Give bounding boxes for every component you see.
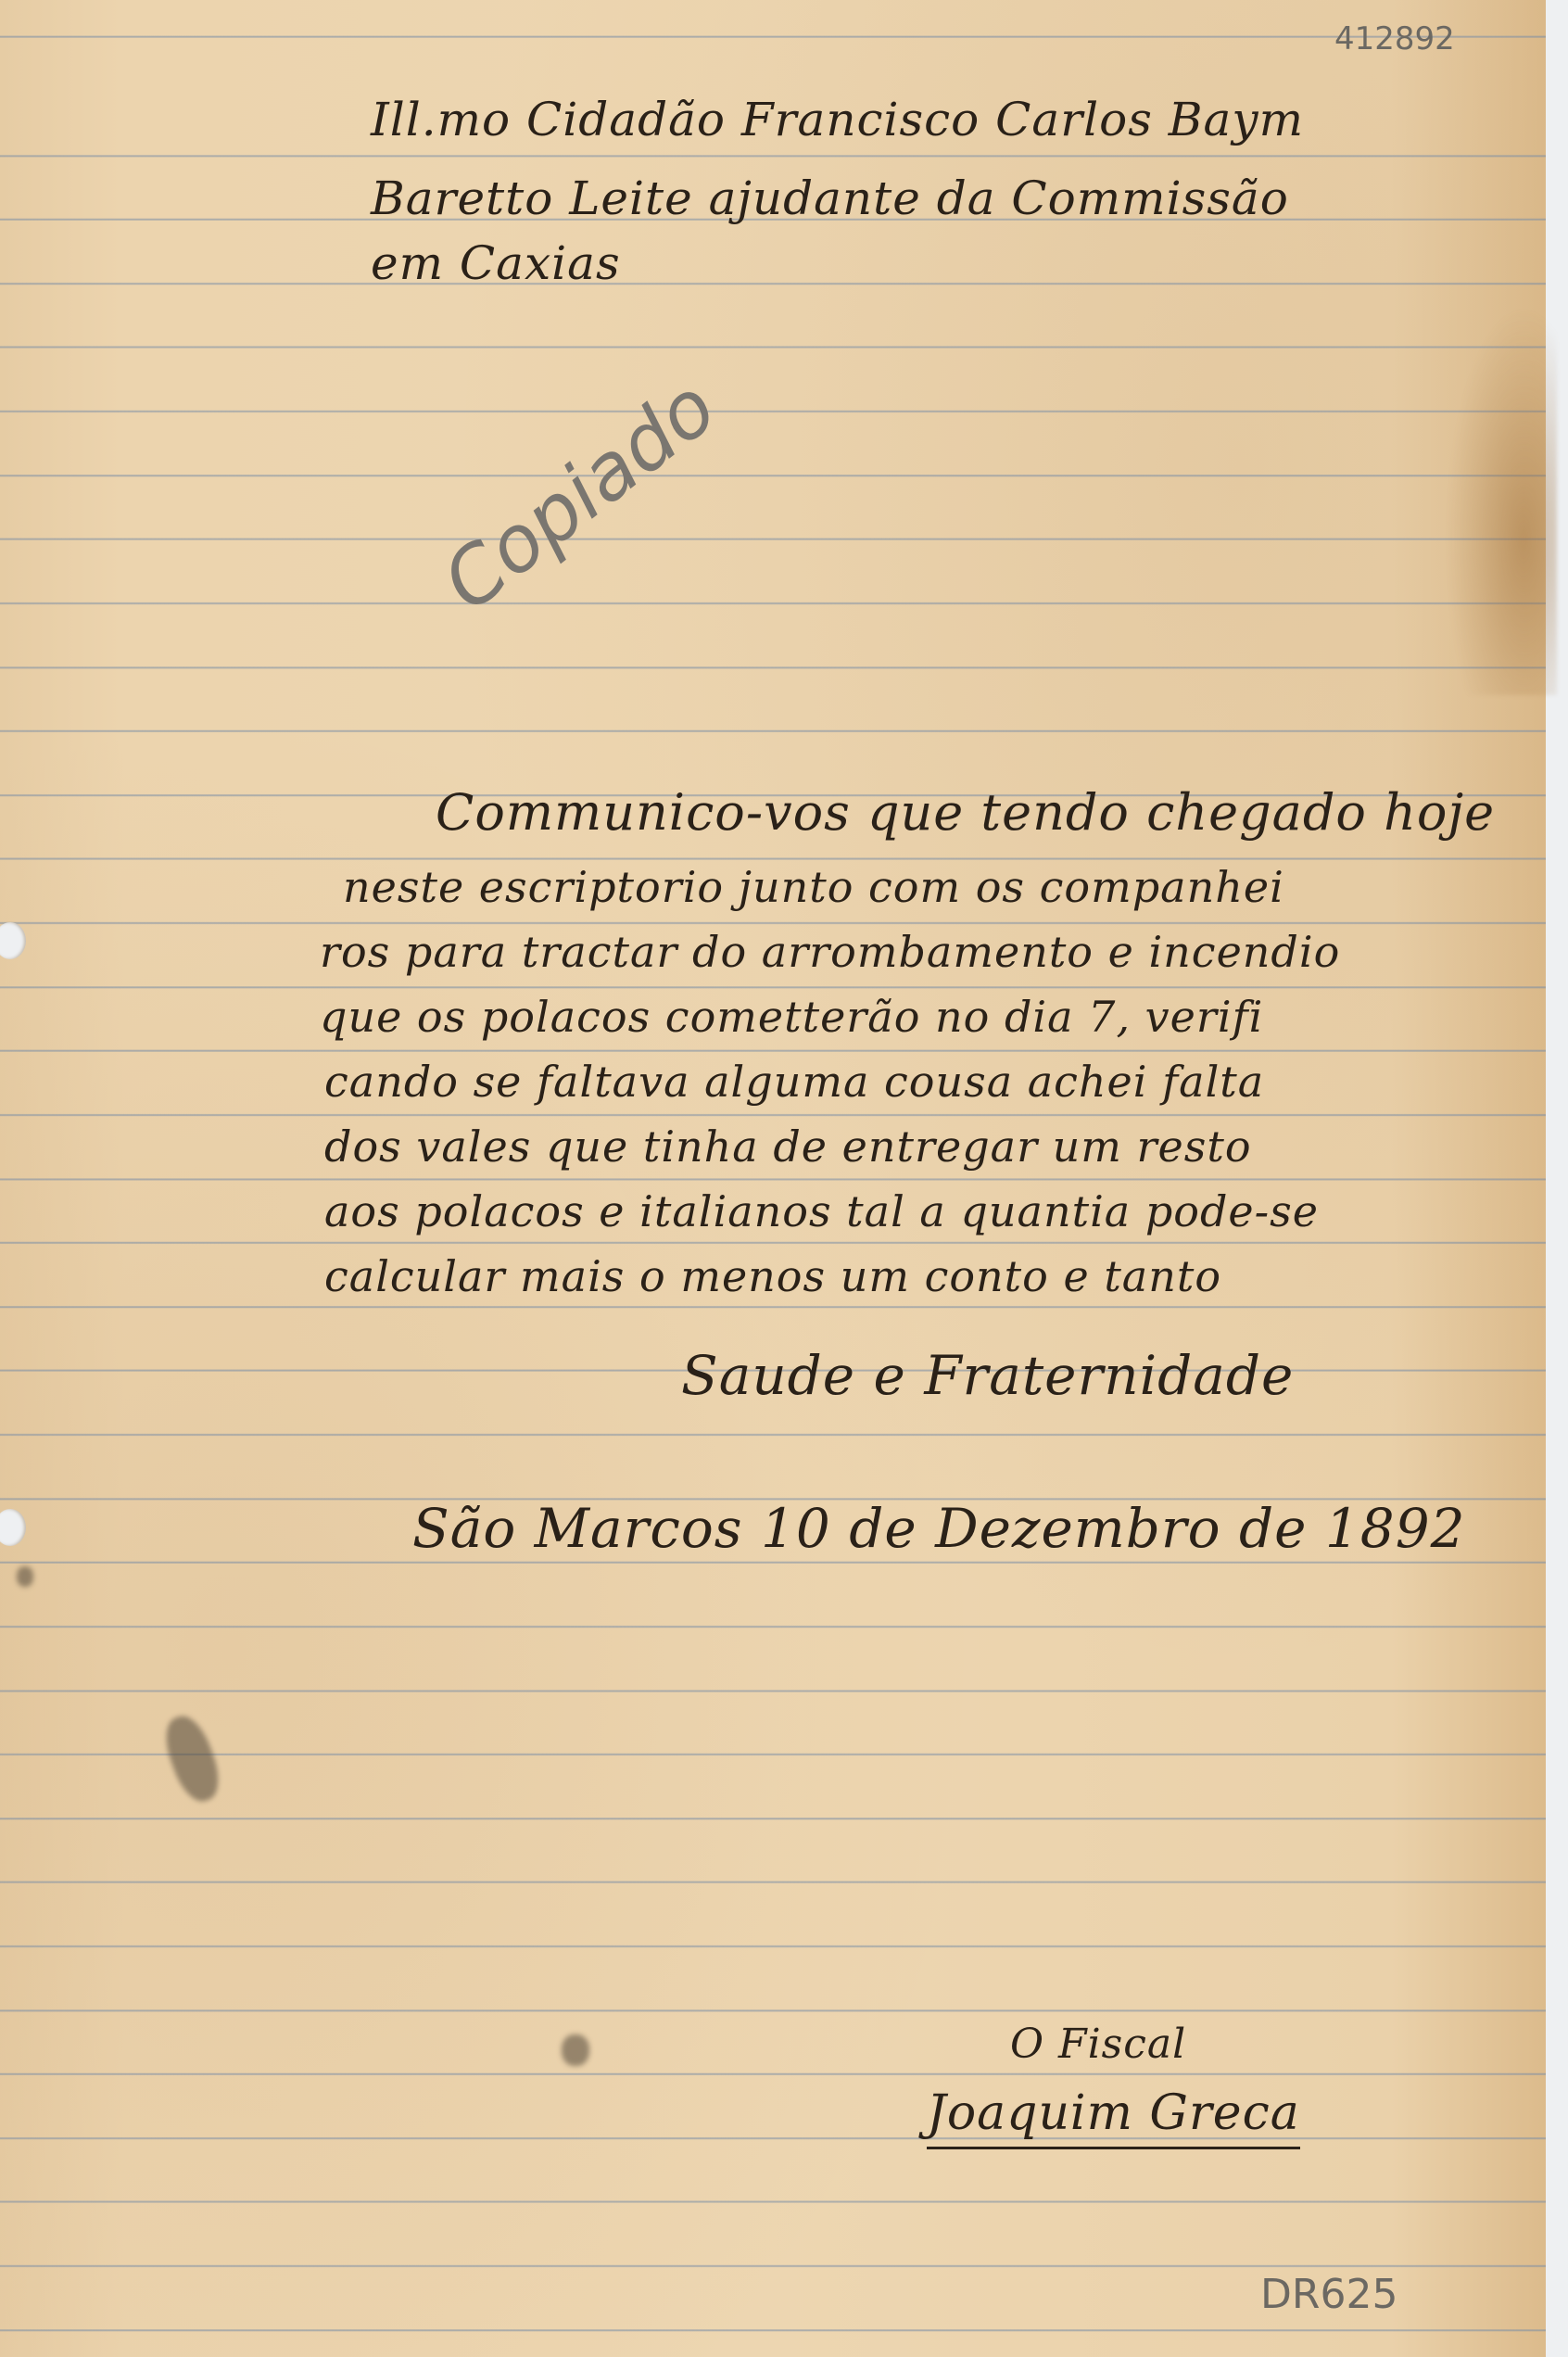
salutation-line-2: Baretto Leite ajudante da Commissão (371, 171, 1289, 225)
body-line-4: que os polacos cometterão no dia 7, veri… (320, 992, 1263, 1042)
body-line-5: cando se faltava alguma cousa achei falt… (324, 1057, 1264, 1107)
letter-page: 412892 Ill.mo Cidadão Francisco Carlos B… (0, 0, 1546, 2357)
signature-title: O Fiscal (1010, 2021, 1186, 2068)
water-stain (1446, 306, 1557, 695)
signature-name: Joaquim Greca (927, 2085, 1300, 2149)
body-line-1: Communico-vos que tendo chegado hoje (436, 783, 1495, 842)
body-line-7: aos polacos e italianos tal a quantia po… (324, 1186, 1319, 1236)
ink-spot (17, 1566, 33, 1587)
ink-blot (562, 2034, 589, 2066)
body-line-6: dos vales que tinha de entregar um resto (324, 1121, 1252, 1172)
salutation-line-1: Ill.mo Cidadão Francisco Carlos Baym (371, 93, 1304, 146)
closing-salutation: Saude e Fraternidade (681, 1344, 1294, 1407)
archive-number-bottom: DR625 (1260, 2271, 1397, 2318)
body-line-8: calcular mais o menos um conto e tanto (324, 1251, 1221, 1301)
ruled-lines (0, 0, 1546, 2357)
body-line-3: ros para tractar do arrombamento e incen… (320, 927, 1340, 977)
date-line: São Marcos 10 de Dezembro de 1892 (412, 1497, 1466, 1560)
body-line-2: neste escriptorio junto com os companhei (343, 862, 1284, 912)
archive-number-top: 412892 (1334, 20, 1455, 57)
salutation-line-3: em Caxias (371, 236, 621, 290)
